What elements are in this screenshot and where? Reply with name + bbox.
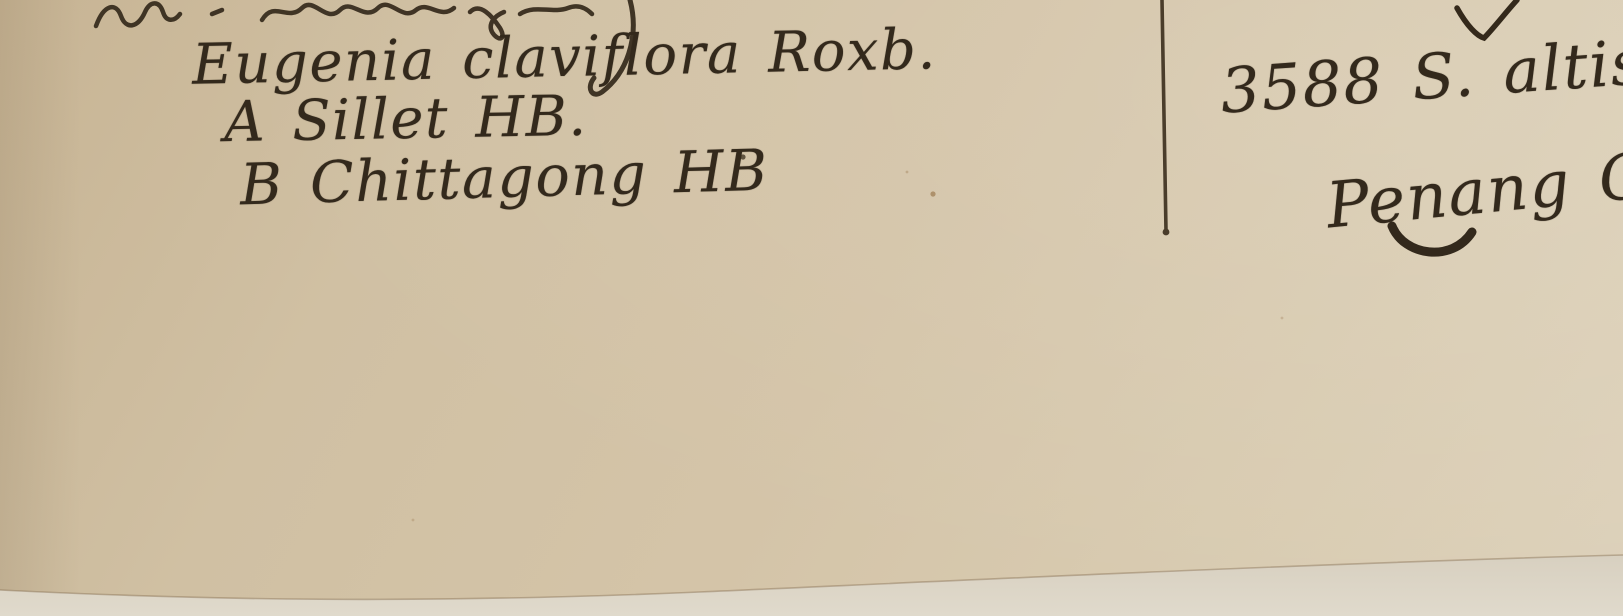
locality-line-b-chittagong: B Chittagong HB (239, 143, 769, 215)
species-name-line: Eugenia claviflora Roxb. (191, 22, 937, 94)
locality-line-a-sillet: A Sillet HB. (224, 89, 589, 151)
